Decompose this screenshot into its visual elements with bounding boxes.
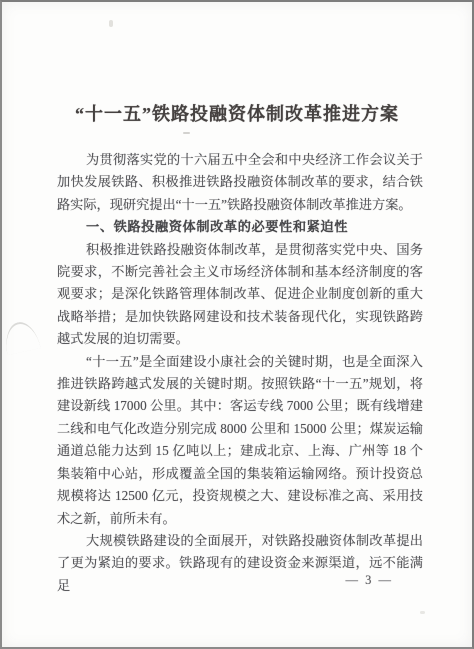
paragraph: 积极推进铁路投融资体制改革，是贯彻落实党中央、国务院要求，不断完善社会主义市场经… — [57, 239, 423, 351]
scanned-document-page: “十一五”铁路投融资体制改革推进方案 为贯彻落实党的十六届五中全会和中央经济工作… — [0, 0, 474, 649]
scan-speck-artifact — [420, 611, 425, 614]
document-title: “十一五”铁路投融资体制改革推进方案 — [2, 100, 472, 126]
page-number: — 3 — — [346, 573, 394, 588]
section-heading: 一、铁路投融资体制改革的必要性和紧迫性 — [57, 216, 423, 238]
paragraph: 为贯彻落实党的十六届五中全会和中央经济工作会议关于加快发展铁路、积极推进铁路投融… — [57, 149, 423, 216]
scan-speck-artifact — [109, 20, 113, 27]
scan-speck-artifact — [183, 132, 190, 134]
scan-crease-artifact — [1, 319, 40, 355]
document-body: 为贯彻落实党的十六届五中全会和中央经济工作会议关于加快发展铁路、积极推进铁路投融… — [57, 149, 423, 597]
paragraph: “十一五”是全面建设小康社会的关键时期，也是全面深入推进铁路跨越式发展的关键时期… — [57, 351, 423, 530]
